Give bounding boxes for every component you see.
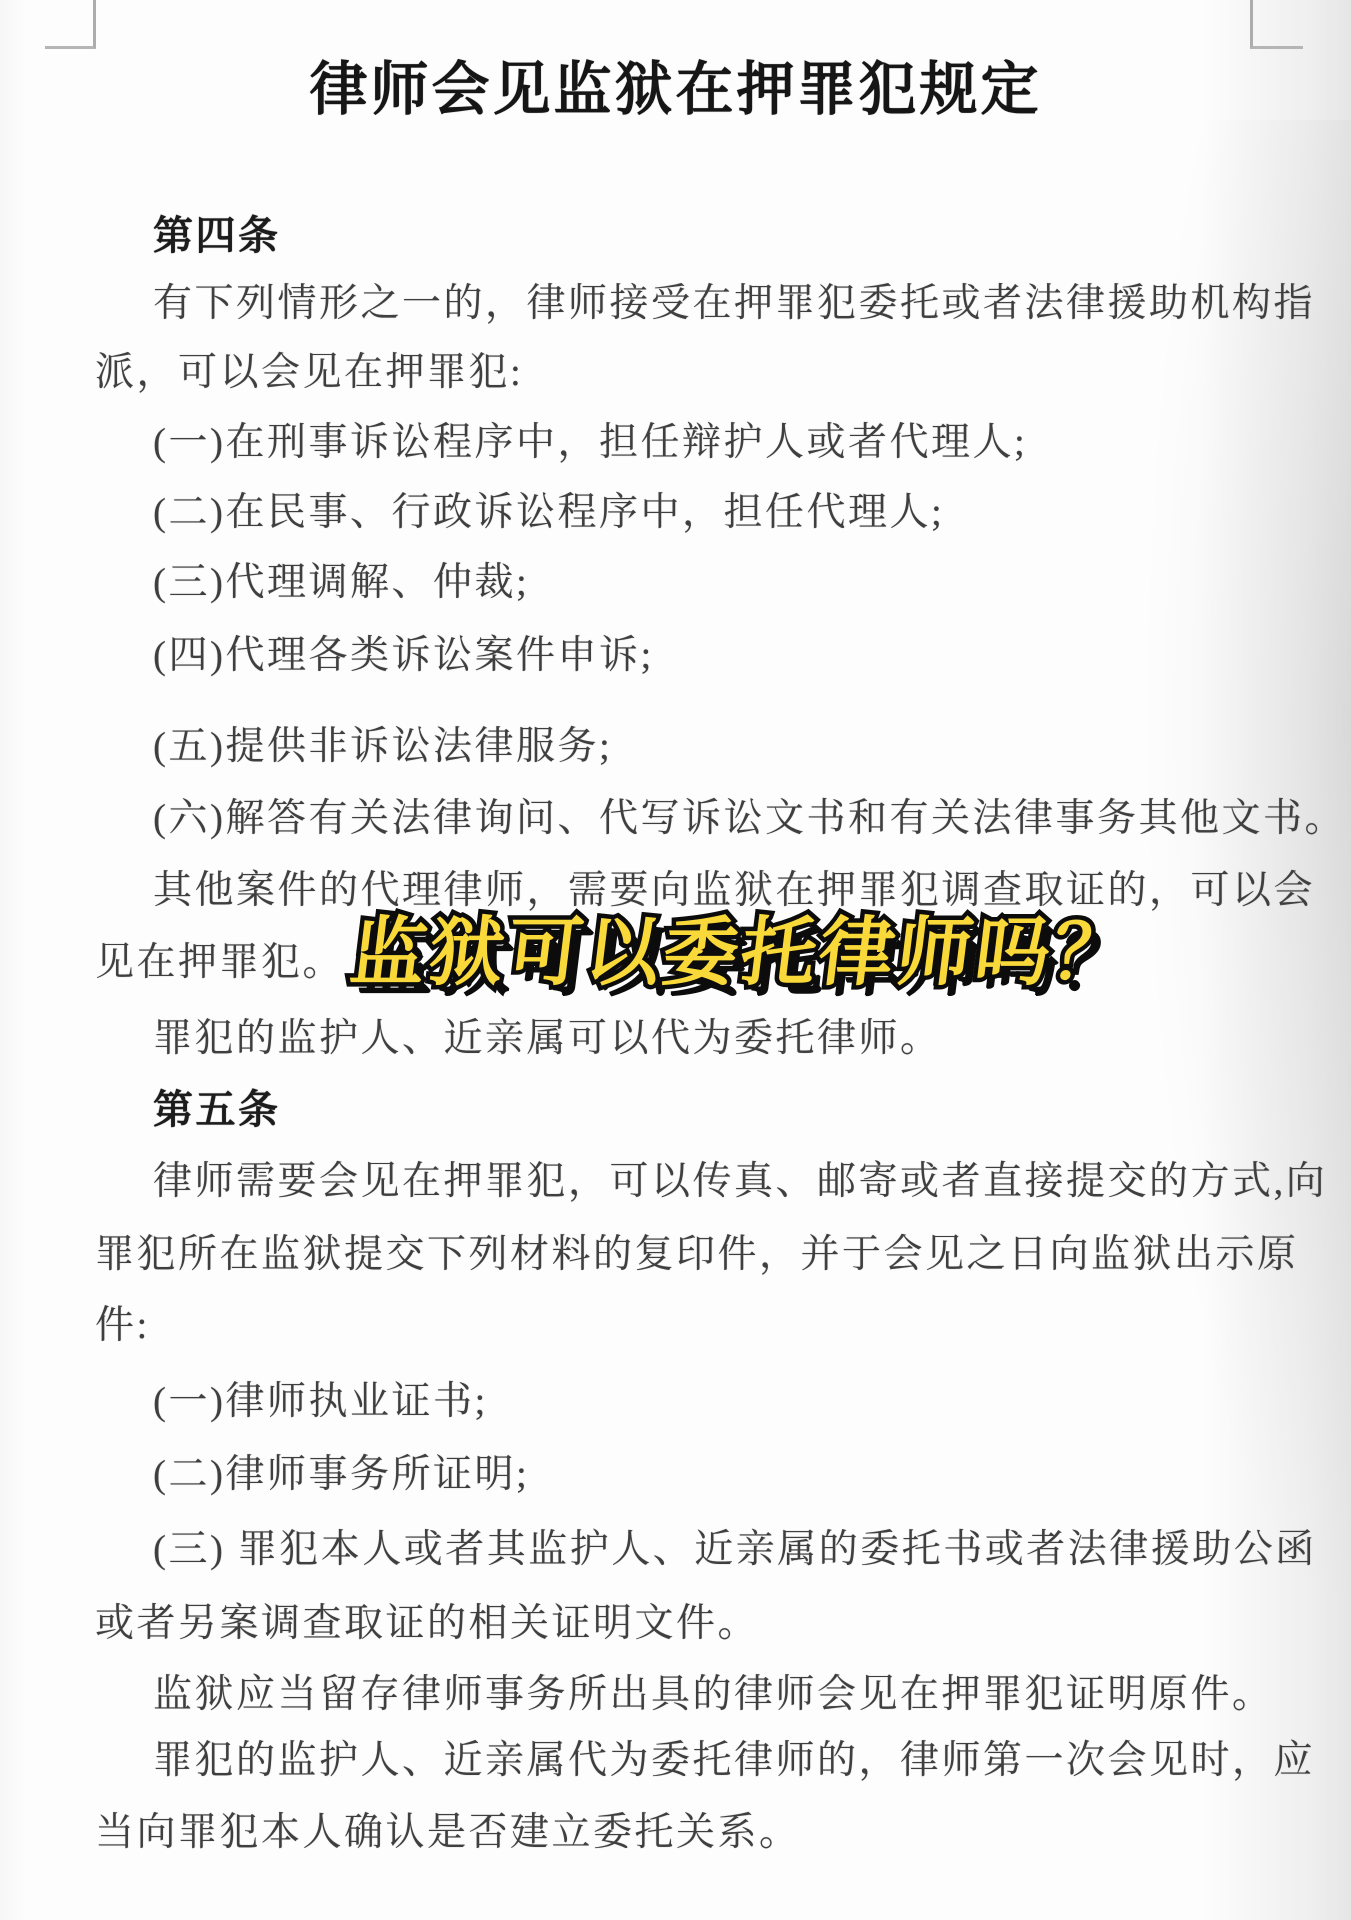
list-item: (三)代理调解、仲裁; [153,560,529,606]
caption-text: 监狱可以委托律师吗？ [346,908,1137,996]
text-line: 罪犯的监护人、近亲属可以代为委托律师。 [153,1016,942,1062]
caption-overlay: 监狱可以委托律师吗？ 监狱可以委托律师吗？ [345,893,1138,1000]
text-line: 或者另案调查取证的相关证明文件。 [95,1601,759,1647]
article-4-heading: 第四条 [153,213,281,259]
list-item: (六)解答有关法律询问、代写诉讼文书和有关法律事务其他文书。 [153,796,1346,842]
text-line: 监狱应当留存律师事务所出具的律师会见在押罪犯证明原件。 [153,1672,1274,1718]
page-left-shadow [0,0,26,1920]
list-item: (二)律师事务所证明; [153,1452,529,1498]
list-item: (一)在刑事诉讼程序中，担任辩护人或者代理人; [153,420,1027,466]
list-item: (五)提供非诉讼法律服务; [153,724,612,770]
list-item: (一)律师执业证书; [153,1379,488,1425]
article-5-heading: 第五条 [153,1087,281,1133]
text-line: 件: [95,1303,150,1349]
text-line: 有下列情形之一的，律师接受在押罪犯委托或者法律援助机构指 [153,281,1315,327]
text-line: 派，可以会见在押罪犯: [95,350,523,396]
list-item: (二)在民事、行政诉讼程序中，担任代理人; [153,490,944,536]
text-line: 罪犯的监护人、近亲属代为委托律师的，律师第一次会见时，应 [153,1738,1315,1784]
document-page: { "document": { "title": "律师会见监狱在押罪犯规定",… [0,0,1351,1920]
document-title: 律师会见监狱在押罪犯规定 [0,42,1351,126]
text-line: 见在押罪犯。 [95,940,344,986]
text-line: 律师需要会见在押罪犯，可以传真、邮寄或者直接提交的方式,向 [153,1159,1327,1205]
text-line: 罪犯所在监狱提交下列材料的复印件，并于会见之日向监狱出示原 [95,1232,1299,1278]
list-item: (三) 罪犯本人或者其监护人、近亲属的委托书或者法律援助公函 [153,1527,1317,1573]
text-line: 当向罪犯本人确认是否建立委托关系。 [95,1810,801,1856]
list-item: (四)代理各类诉讼案件申诉; [153,633,654,679]
